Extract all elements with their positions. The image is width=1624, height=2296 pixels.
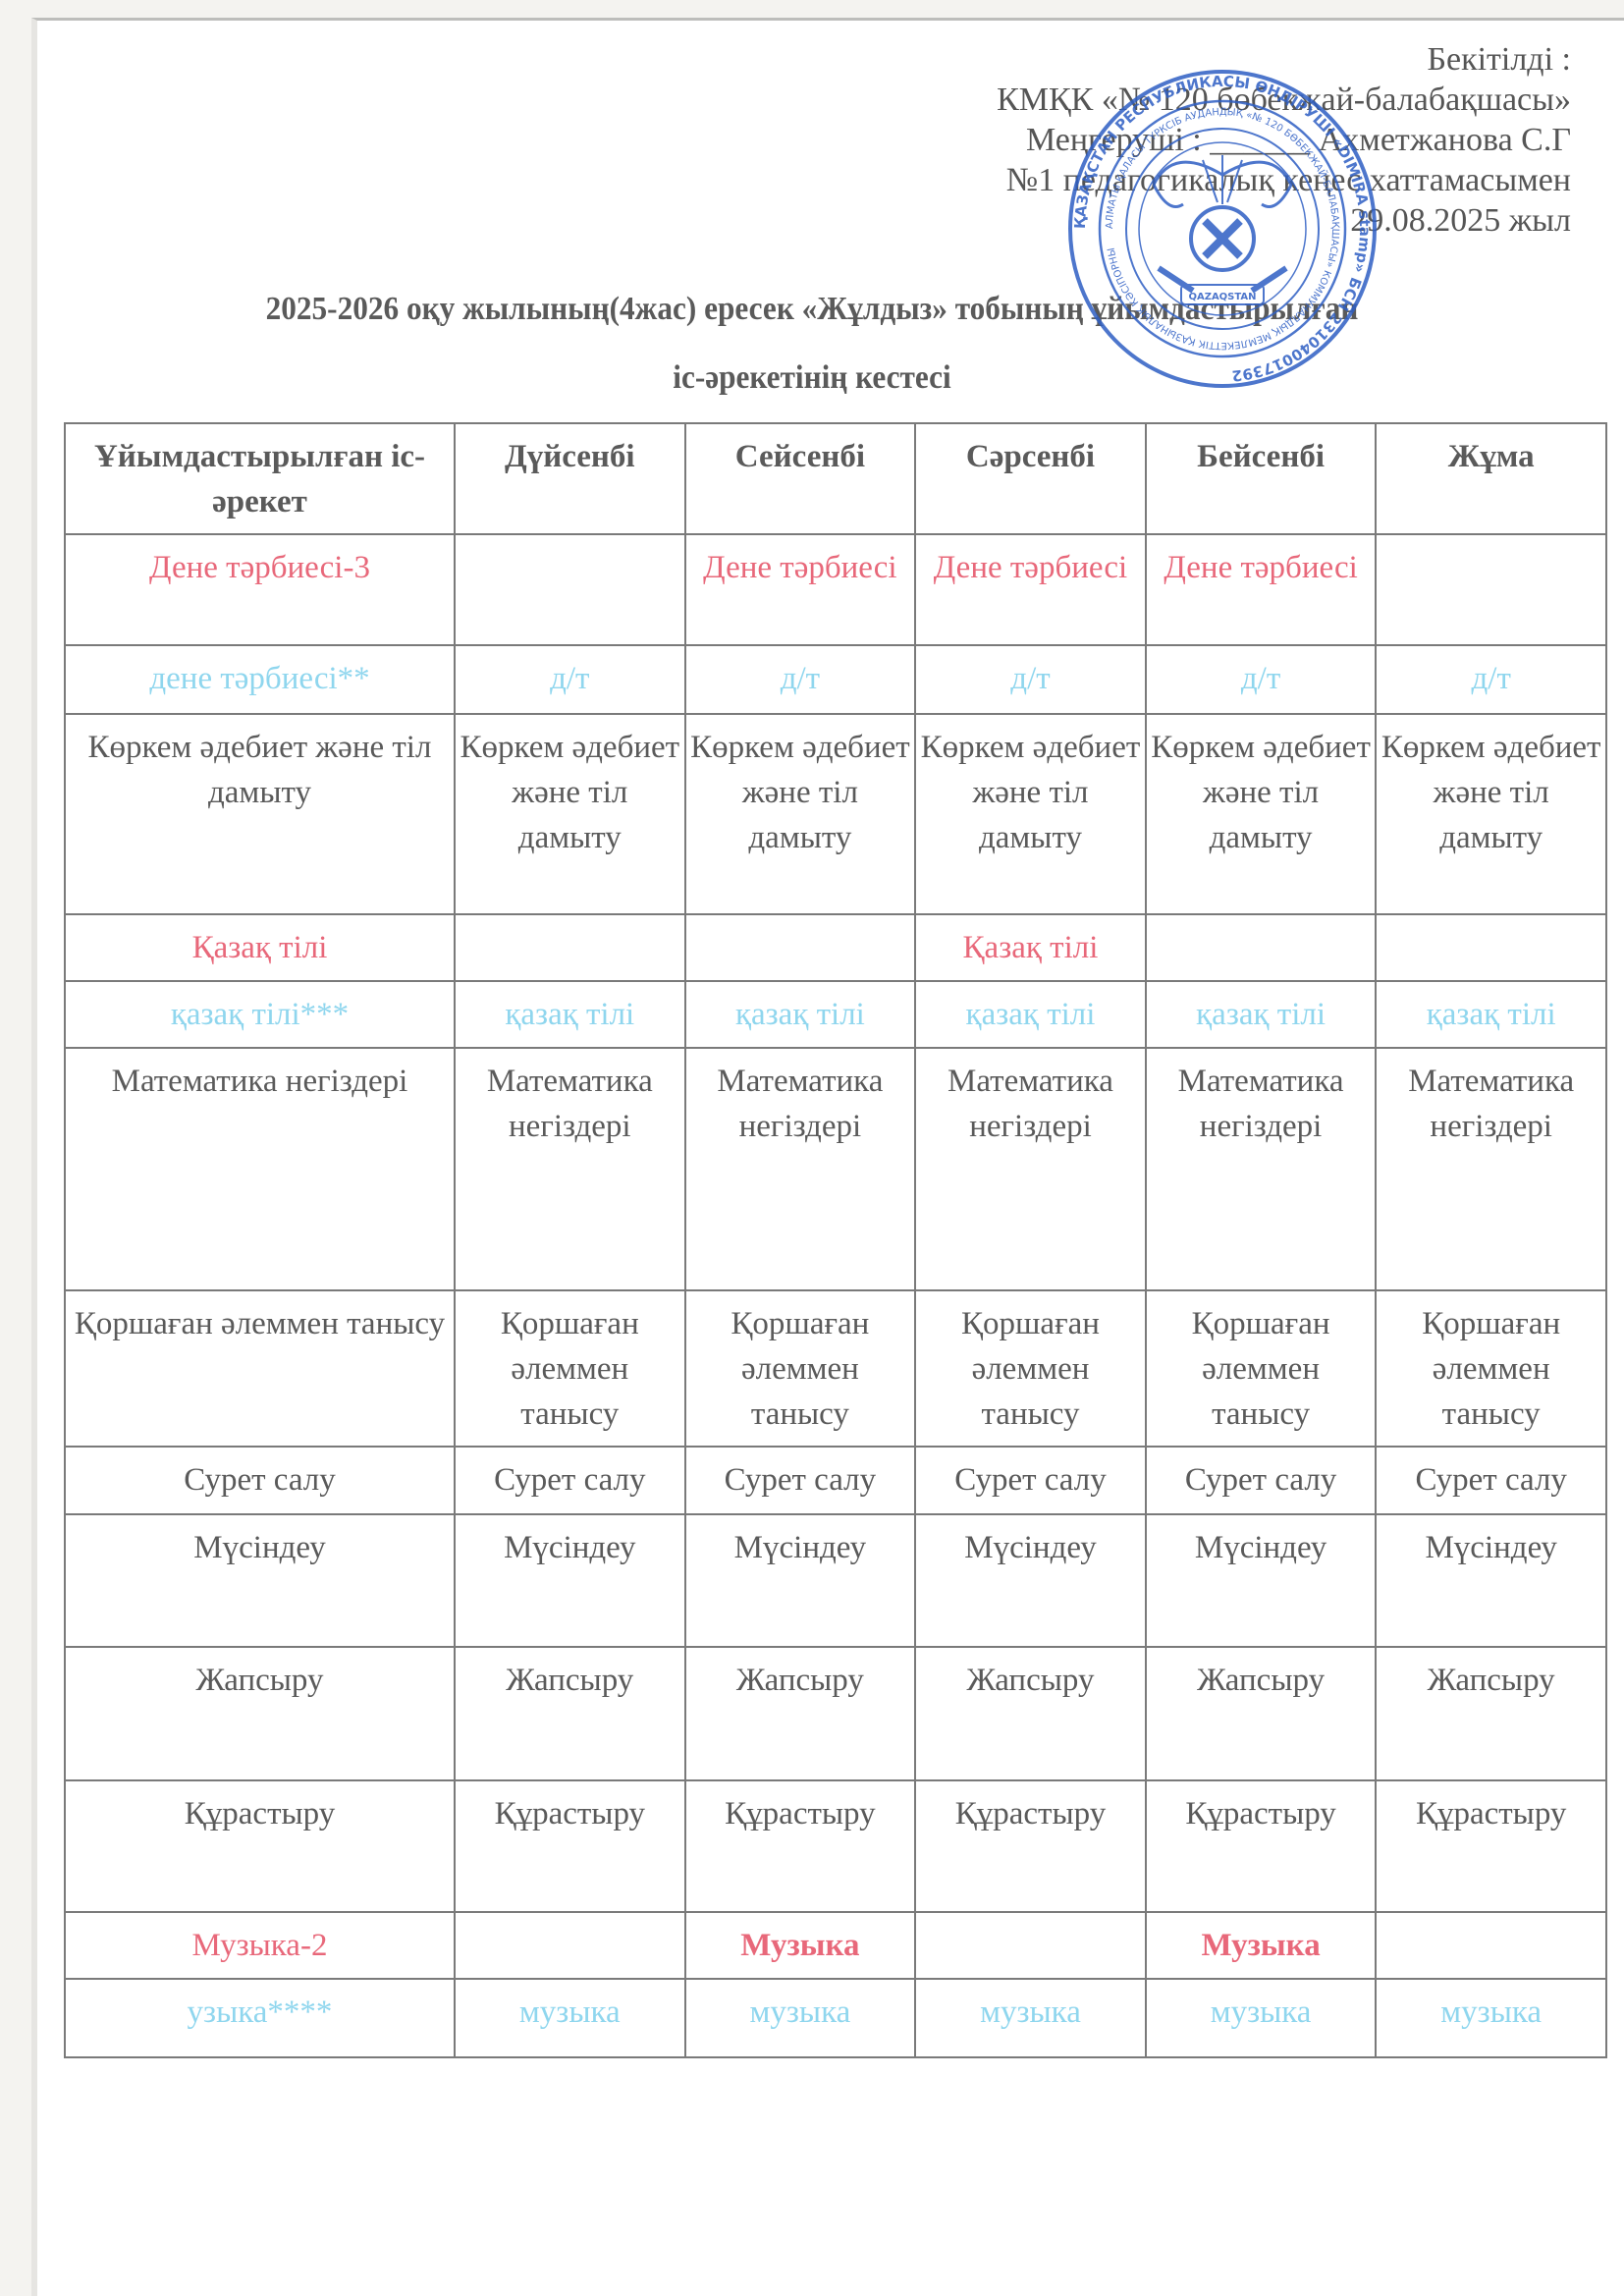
schedule-cell-friday (1376, 1912, 1606, 1979)
schedule-cell-friday: Сурет салу (1376, 1447, 1606, 1514)
schedule-cell-thursday: Қоршаған әлеммен танысу (1146, 1290, 1377, 1447)
table-row: қазақ тілі***қазақ тіліқазақ тіліқазақ т… (65, 981, 1606, 1048)
column-header-activity: Ұйымдастырылған іс-әрекет (65, 423, 455, 534)
column-header-tuesday: Сейсенбі (685, 423, 916, 534)
document-subtitle: іс-әрекетінің кестесі (65, 359, 1559, 397)
schedule-cell-wednesday: д/т (915, 645, 1146, 714)
schedule-cell-monday (455, 914, 685, 981)
schedule-cell-wednesday: қазақ тілі (915, 981, 1146, 1048)
schedule-cell-tuesday: Қоршаған әлеммен танысу (685, 1290, 916, 1447)
schedule-cell-wednesday: Мүсіндеу (915, 1514, 1146, 1647)
schedule-cell-tuesday: д/т (685, 645, 916, 714)
schedule-cell-thursday: Математика негіздері (1146, 1048, 1377, 1290)
schedule-cell-friday: Қоршаған әлеммен танысу (1376, 1290, 1606, 1447)
schedule-cell-thursday: Сурет салу (1146, 1447, 1377, 1514)
table-row: Дене тәрбиесі-3Дене тәрбиесіДене тәрбиес… (65, 534, 1606, 645)
table-row: ЖапсыруЖапсыруЖапсыруЖапсыруЖапсыруЖапсы… (65, 1647, 1606, 1780)
activity-label: дене тәрбиесі** (65, 645, 455, 714)
schedule-cell-tuesday: Құрастыру (685, 1780, 916, 1912)
schedule-cell-wednesday: Құрастыру (915, 1780, 1146, 1912)
schedule-cell-wednesday: Жапсыру (915, 1647, 1146, 1780)
schedule-cell-wednesday: Қазақ тілі (915, 914, 1146, 981)
schedule-cell-thursday: қазақ тілі (1146, 981, 1377, 1048)
schedule-cell-tuesday: Жапсыру (685, 1647, 916, 1780)
schedule-cell-friday: музыка (1376, 1979, 1606, 2057)
approval-organization: КМҚК «№ 120 бөбекжай-балабақшасы» (997, 80, 1571, 120)
schedule-cell-thursday: Жапсыру (1146, 1647, 1377, 1780)
schedule-cell-wednesday: Сурет салу (915, 1447, 1146, 1514)
schedule-cell-wednesday: Қоршаған әлеммен танысу (915, 1290, 1146, 1447)
schedule-cell-thursday: Көркем әдебиет және тіл дамыту (1146, 714, 1377, 914)
schedule-cell-friday: Мүсіндеу (1376, 1514, 1606, 1647)
activity-label: Математика негіздері (65, 1048, 455, 1290)
schedule-cell-thursday: Құрастыру (1146, 1780, 1377, 1912)
table-row: Қазақ тіліҚазақ тілі (65, 914, 1606, 981)
schedule-cell-monday: Сурет салу (455, 1447, 685, 1514)
schedule-cell-tuesday: Мүсіндеу (685, 1514, 916, 1647)
table-row: МүсіндеуМүсіндеуМүсіндеуМүсіндеуМүсіндеу… (65, 1514, 1606, 1647)
table-row: Сурет салуСурет салуСурет салуСурет салу… (65, 1447, 1606, 1514)
column-header-monday: Дүйсенбі (455, 423, 685, 534)
approval-block: Бекітілді : КМҚК «№ 120 бөбекжай-балабақ… (997, 39, 1571, 241)
schedule-cell-friday: Жапсыру (1376, 1647, 1606, 1780)
activity-label: Қоршаған әлеммен танысу (65, 1290, 455, 1447)
schedule-cell-thursday: д/т (1146, 645, 1377, 714)
schedule-cell-monday: Жапсыру (455, 1647, 685, 1780)
column-header-thursday: Бейсенбі (1146, 423, 1377, 534)
schedule-cell-friday: Математика негіздері (1376, 1048, 1606, 1290)
table-row: узыка****музыкамузыкамузыкамузыкамузыка (65, 1979, 1606, 2057)
schedule-cell-thursday: Музыка (1146, 1912, 1377, 1979)
schedule-cell-tuesday (685, 914, 916, 981)
activity-label: Құрастыру (65, 1780, 455, 1912)
table-row: Математика негіздеріМатематика негіздері… (65, 1048, 1606, 1290)
table-header-row: Ұйымдастырылған іс-әрекетДүйсенбіСейсенб… (65, 423, 1606, 534)
table-row: дене тәрбиесі**д/тд/тд/тд/тд/т (65, 645, 1606, 714)
table-row: Музыка-2МузыкаМузыка (65, 1912, 1606, 1979)
approval-director: Меңгерушi : ______ Ахметжанова С.Г (997, 120, 1571, 160)
schedule-cell-thursday: музыка (1146, 1979, 1377, 2057)
table-row: ҚұрастыруҚұрастыруҚұрастыруҚұрастыруҚұра… (65, 1780, 1606, 1912)
schedule-cell-monday: Мүсіндеу (455, 1514, 685, 1647)
schedule-cell-monday: Қоршаған әлеммен танысу (455, 1290, 685, 1447)
schedule-cell-friday: д/т (1376, 645, 1606, 714)
schedule-cell-wednesday: Математика негіздері (915, 1048, 1146, 1290)
schedule-cell-friday (1376, 534, 1606, 645)
activity-label: Сурет салу (65, 1447, 455, 1514)
schedule-cell-friday: Көркем әдебиет және тіл дамыту (1376, 714, 1606, 914)
schedule-cell-wednesday: Көркем әдебиет және тіл дамыту (915, 714, 1146, 914)
activity-label: Музыка-2 (65, 1912, 455, 1979)
activity-label: Қазақ тілі (65, 914, 455, 981)
column-header-friday: Жұма (1376, 423, 1606, 534)
schedule-cell-friday: Құрастыру (1376, 1780, 1606, 1912)
approval-protocol: №1 педагогикалық кеңес хаттамасымен (997, 160, 1571, 200)
schedule-cell-tuesday: Көркем әдебиет және тіл дамыту (685, 714, 916, 914)
schedule-cell-thursday: Мүсіндеу (1146, 1514, 1377, 1647)
schedule-cell-monday: Математика негіздері (455, 1048, 685, 1290)
schedule-cell-wednesday: Дене тәрбиесі (915, 534, 1146, 645)
schedule-cell-tuesday: Математика негіздері (685, 1048, 916, 1290)
schedule-cell-tuesday: Музыка (685, 1912, 916, 1979)
schedule-cell-wednesday (915, 1912, 1146, 1979)
schedule-cell-tuesday: Сурет салу (685, 1447, 916, 1514)
schedule-cell-thursday (1146, 914, 1377, 981)
schedule-cell-monday: қазақ тілі (455, 981, 685, 1048)
document-title: 2025-2026 оқу жылының(4жас) ересек «Жұлд… (65, 291, 1559, 328)
activity-label: Дене тәрбиесі-3 (65, 534, 455, 645)
approval-date: 29.08.2025 жыл (997, 200, 1571, 241)
table-row: Көркем әдебиет және тіл дамытуКөркем әде… (65, 714, 1606, 914)
schedule-cell-thursday: Дене тәрбиесі (1146, 534, 1377, 645)
schedule-cell-monday (455, 1912, 685, 1979)
table-row: Қоршаған әлеммен танысуҚоршаған әлеммен … (65, 1290, 1606, 1447)
activity-label: узыка**** (65, 1979, 455, 2057)
schedule-cell-monday: д/т (455, 645, 685, 714)
column-header-wednesday: Сәрсенбі (915, 423, 1146, 534)
schedule-cell-monday: музыка (455, 1979, 685, 2057)
schedule-cell-friday (1376, 914, 1606, 981)
schedule-cell-tuesday: Дене тәрбиесі (685, 534, 916, 645)
activity-label: Көркем әдебиет және тіл дамыту (65, 714, 455, 914)
schedule-cell-monday (455, 534, 685, 645)
schedule-table: Ұйымдастырылған іс-әрекетДүйсенбіСейсенб… (64, 422, 1607, 2058)
schedule-cell-friday: қазақ тілі (1376, 981, 1606, 1048)
approval-heading: Бекітілді : (997, 39, 1571, 80)
schedule-cell-wednesday: музыка (915, 1979, 1146, 2057)
schedule-cell-tuesday: қазақ тілі (685, 981, 916, 1048)
schedule-cell-monday: Құрастыру (455, 1780, 685, 1912)
activity-label: Мүсіндеу (65, 1514, 455, 1647)
activity-label: Жапсыру (65, 1647, 455, 1780)
activity-label: қазақ тілі*** (65, 981, 455, 1048)
schedule-cell-monday: Көркем әдебиет және тіл дамыту (455, 714, 685, 914)
schedule-cell-tuesday: музыка (685, 1979, 916, 2057)
